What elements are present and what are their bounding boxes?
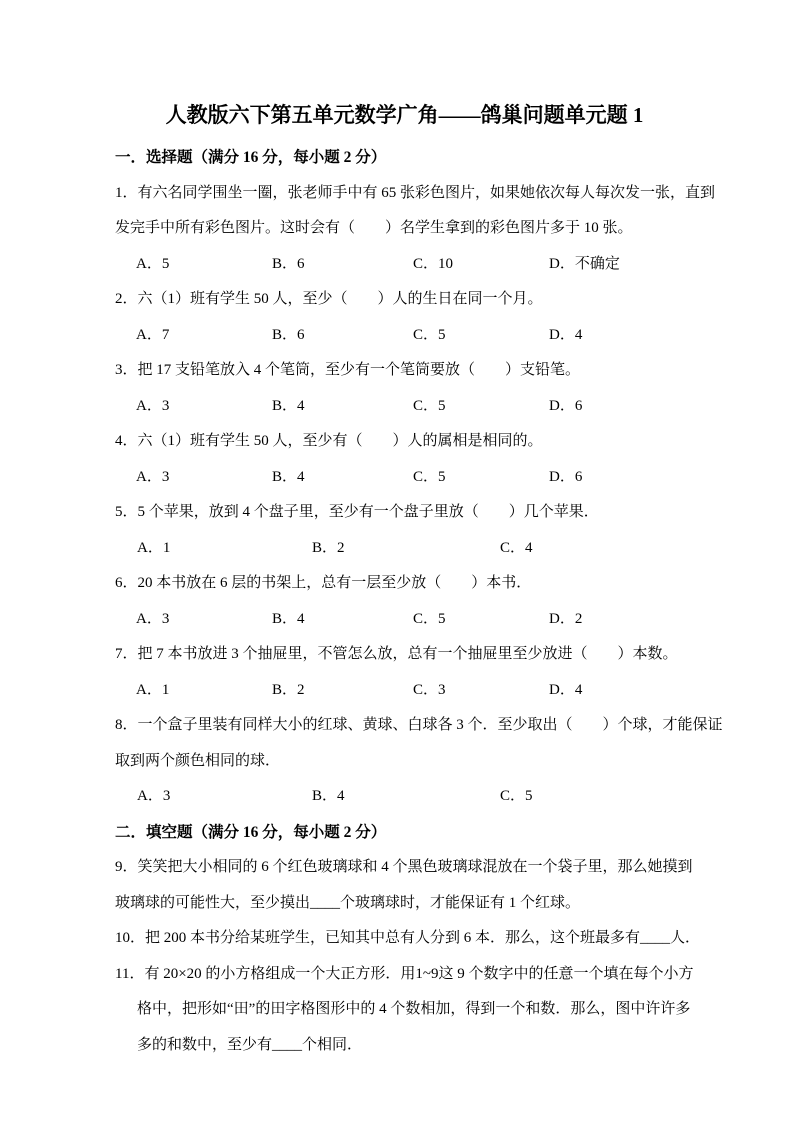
options-row: A．3B．4C．5D．6 xyxy=(115,389,694,425)
option-item: C．4 xyxy=(500,531,694,567)
options-row: A．3B．4C．5 xyxy=(115,779,694,815)
question-line: 8．一个盒子里装有同样大小的红球、黄球、白球各 3 个．至少取出（ ）个球，才能… xyxy=(115,708,694,744)
question-line: 5．5 个苹果，放到 4 个盘子里，至少有一个盘子里放（ ）几个苹果． xyxy=(115,495,694,531)
option-item: B．4 xyxy=(272,460,413,496)
question-line: 取到两个颜色相同的球． xyxy=(115,744,694,780)
option-item: B．2 xyxy=(312,531,500,567)
question-line: 玻璃球的可能性大，至少摸出____个玻璃球时，才能保证有 1 个红球。 xyxy=(115,886,694,922)
options-row: A．3B．4C．5D．2 xyxy=(115,602,694,638)
option-item: B．2 xyxy=(272,673,413,709)
options-row: A．3B．4C．5D．6 xyxy=(115,460,694,496)
question-line: 11．有 20×20 的小方格组成一个大正方形．用1~9这 9 个数字中的任意一… xyxy=(115,957,694,993)
options-row: A．7B．6C．5D．4 xyxy=(115,318,694,354)
question-line: 4．六（1）班有学生 50 人，至少有（ ）人的属相是相同的。 xyxy=(115,424,694,460)
option-item: C．5 xyxy=(413,318,549,354)
option-item: A．3 xyxy=(137,779,312,815)
question-line: 9．笑笑把大小相同的 6 个红色玻璃球和 4 个黑色玻璃球混放在一个袋子里，那么… xyxy=(115,850,694,886)
question: 6．20 本书放在 6 层的书架上，总有一层至少放（ ）本书．A．3B．4C．5… xyxy=(115,566,694,637)
question: 2．六（1）班有学生 50 人，至少（ ）人的生日在同一个月。A．7B．6C．5… xyxy=(115,282,694,353)
question-line: 发完手中所有彩色图片。这时会有（ ）名学生拿到的彩色图片多于 10 张。 xyxy=(115,211,694,247)
question: 4．六（1）班有学生 50 人，至少有（ ）人的属相是相同的。A．3B．4C．5… xyxy=(115,424,694,495)
options-row: A．5B．6C．10D．不确定 xyxy=(115,247,694,283)
question-line: 1．有六名同学围坐一圈，张老师手中有 65 张彩色图片，如果她依次每人每次发一张… xyxy=(115,176,694,212)
option-item: C．5 xyxy=(500,779,694,815)
option-item: D．2 xyxy=(549,602,694,638)
option-item: C．10 xyxy=(413,247,549,283)
question-line: 格中，把形如“田”的田字格图形中的 4 个数相加，得到一个和数．那么，图中许许多 xyxy=(115,992,694,1028)
option-item: B．4 xyxy=(272,602,413,638)
option-item: C．5 xyxy=(413,602,549,638)
question-line: 3．把 17 支铅笔放入 4 个笔筒，至少有一个笔筒要放（ ）支铅笔。 xyxy=(115,353,694,389)
option-item: B．4 xyxy=(272,389,413,425)
option-item: C．5 xyxy=(413,389,549,425)
question-line: 10．把 200 本书分给某班学生，已知其中总有人分到 6 本．那么，这个班最多… xyxy=(115,921,694,957)
page-title: 人教版六下第五单元数学广角——鸽巢问题单元题 1 xyxy=(115,98,694,132)
option-item: D．6 xyxy=(549,460,694,496)
option-item: D．6 xyxy=(549,389,694,425)
option-item: A．3 xyxy=(136,460,272,496)
option-item: D．不确定 xyxy=(549,247,694,283)
question-line: 多的和数中，至少有____个相同． xyxy=(115,1028,694,1064)
question: 5．5 个苹果，放到 4 个盘子里，至少有一个盘子里放（ ）几个苹果．A．1B．… xyxy=(115,495,694,566)
option-item: A．5 xyxy=(136,247,272,283)
options-row: A．1B．2C．4 xyxy=(115,531,694,567)
option-item: A．3 xyxy=(136,602,272,638)
option-item: C．5 xyxy=(413,460,549,496)
question-line: 6．20 本书放在 6 层的书架上，总有一层至少放（ ）本书． xyxy=(115,566,694,602)
option-item: A．1 xyxy=(137,531,312,567)
option-item: C．3 xyxy=(413,673,549,709)
option-item: A．7 xyxy=(136,318,272,354)
question: 9．笑笑把大小相同的 6 个红色玻璃球和 4 个黑色玻璃球混放在一个袋子里，那么… xyxy=(115,850,694,921)
options-row: A．1B．2C．3D．4 xyxy=(115,673,694,709)
section-heading: 二．填空题（满分 16 分，每小题 2 分） xyxy=(115,815,694,851)
question: 10．把 200 本书分给某班学生，已知其中总有人分到 6 本．那么，这个班最多… xyxy=(115,921,694,957)
option-item: A．3 xyxy=(136,389,272,425)
document-page: 人教版六下第五单元数学广角——鸽巢问题单元题 1 一．选择题（满分 16 分，每… xyxy=(0,0,794,1123)
question: 11．有 20×20 的小方格组成一个大正方形．用1~9这 9 个数字中的任意一… xyxy=(115,957,694,1064)
option-item: A．1 xyxy=(136,673,272,709)
option-item: B．6 xyxy=(272,247,413,283)
option-item: B．4 xyxy=(312,779,500,815)
question: 8．一个盒子里装有同样大小的红球、黄球、白球各 3 个．至少取出（ ）个球，才能… xyxy=(115,708,694,815)
question: 1．有六名同学围坐一圈，张老师手中有 65 张彩色图片，如果她依次每人每次发一张… xyxy=(115,176,694,283)
question-line: 7．把 7 本书放进 3 个抽屉里，不管怎么放，总有一个抽屉里至少放进（ ）本数… xyxy=(115,637,694,673)
option-item: D．4 xyxy=(549,673,694,709)
section-heading: 一．选择题（满分 16 分，每小题 2 分） xyxy=(115,140,694,176)
option-item: B．6 xyxy=(272,318,413,354)
option-item: D．4 xyxy=(549,318,694,354)
question-line: 2．六（1）班有学生 50 人，至少（ ）人的生日在同一个月。 xyxy=(115,282,694,318)
question: 3．把 17 支铅笔放入 4 个笔筒，至少有一个笔筒要放（ ）支铅笔。A．3B．… xyxy=(115,353,694,424)
question: 7．把 7 本书放进 3 个抽屉里，不管怎么放，总有一个抽屉里至少放进（ ）本数… xyxy=(115,637,694,708)
document-content: 一．选择题（满分 16 分，每小题 2 分）1．有六名同学围坐一圈，张老师手中有… xyxy=(115,140,694,1063)
